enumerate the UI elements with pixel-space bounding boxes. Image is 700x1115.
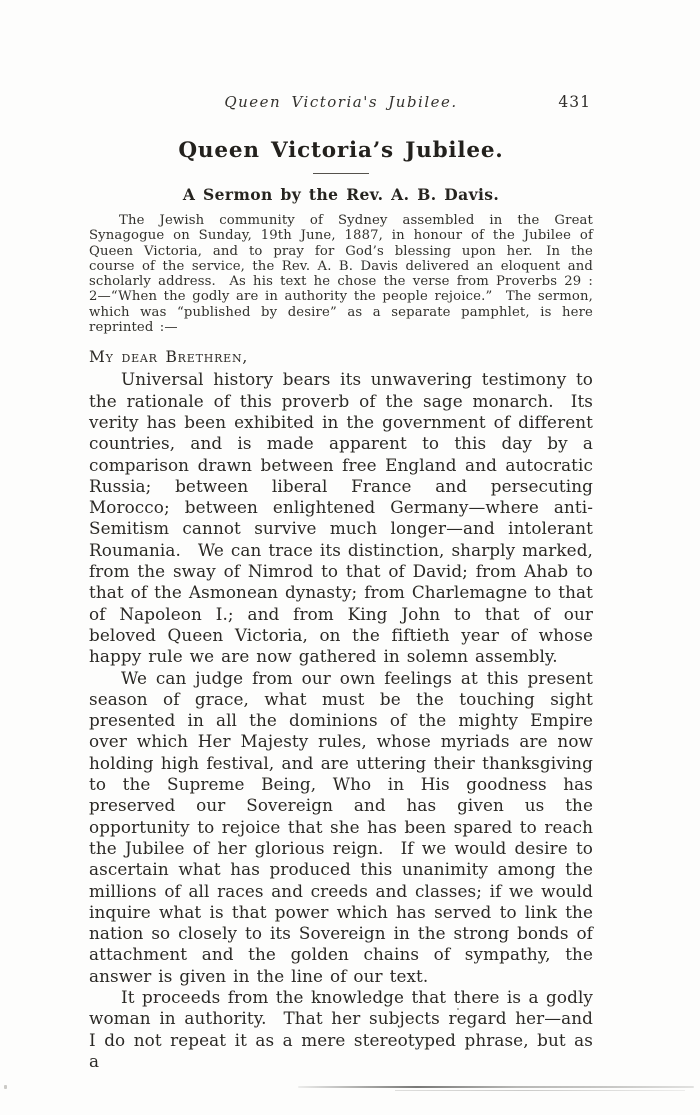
title-divider-rule xyxy=(313,173,369,174)
page-number: 431 xyxy=(558,93,591,111)
running-header: Queen Victoria's Jubilee. 431 xyxy=(89,93,593,113)
body-paragraph-2: We can judge from our own feelings at th… xyxy=(89,668,593,987)
body-paragraph-1: Universal history bears its unwavering t… xyxy=(89,369,593,667)
running-head-title: Queen Victoria's Jubilee. xyxy=(89,93,593,111)
intro-paragraph: The Jewish community of Sydney assembled… xyxy=(89,213,593,335)
body-paragraph-3: It proceeds from the knowledge that ther… xyxy=(89,987,593,1072)
salutation: My dear Brethren, xyxy=(89,348,593,366)
scan-artifact-line-2 xyxy=(395,1090,685,1091)
scan-artifact-speck xyxy=(457,1008,459,1010)
document-page: Queen Victoria's Jubilee. 431 Queen Vict… xyxy=(0,0,700,1115)
scan-artifact-speck-left xyxy=(4,1085,7,1089)
text-column: Queen Victoria's Jubilee. 431 Queen Vict… xyxy=(89,0,593,1072)
scan-artifact-line xyxy=(298,1086,694,1088)
subtitle: A Sermon by the Rev. A. B. Davis. xyxy=(89,185,593,204)
page-title: Queen Victoria’s Jubilee. xyxy=(89,138,593,163)
